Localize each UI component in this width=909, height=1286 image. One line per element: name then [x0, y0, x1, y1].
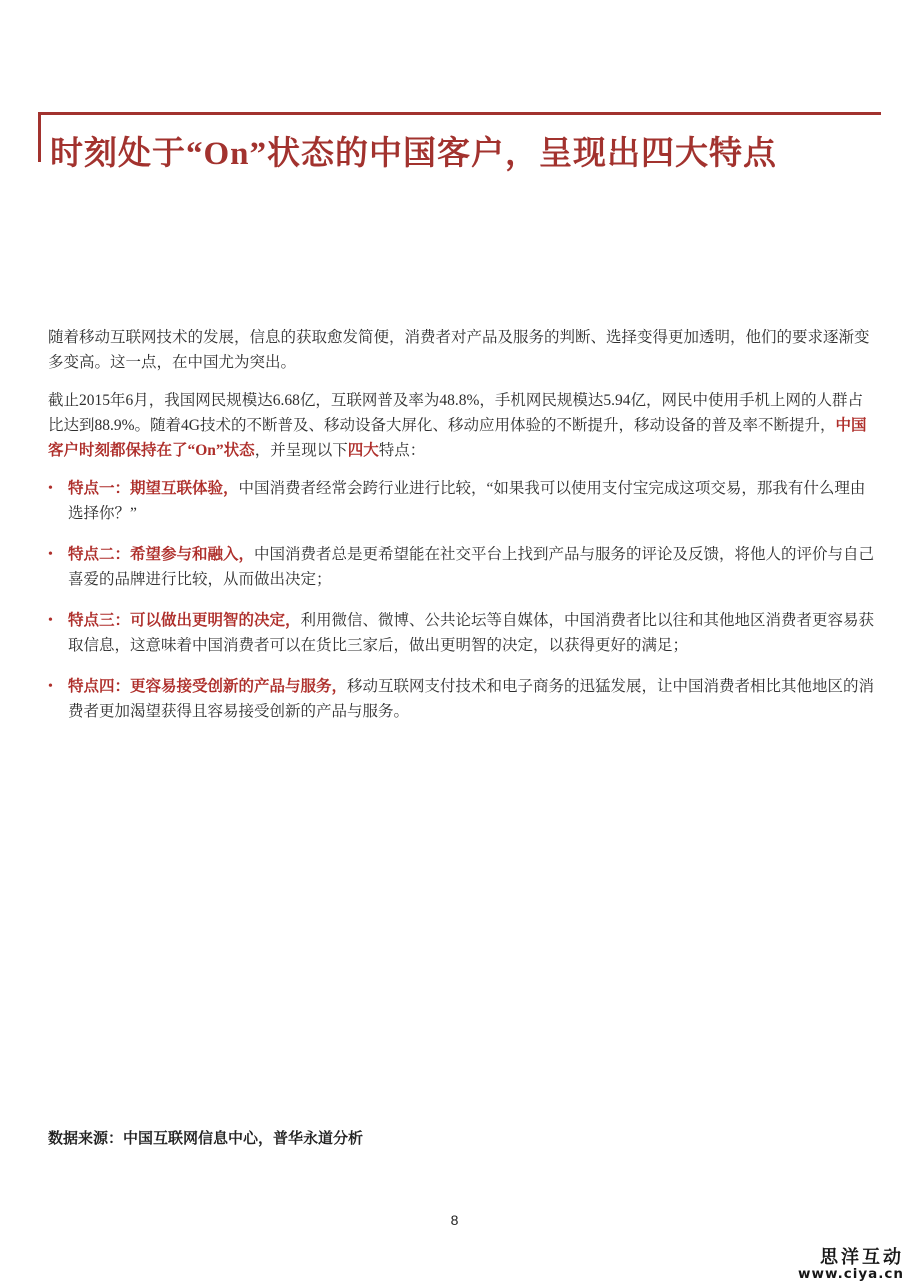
data-source-note: 数据来源：中国互联网信息中心，普华永道分析 [48, 1127, 878, 1148]
feature-2-lead: 特点二：希望参与和融入， [68, 546, 254, 563]
watermark-brand-text: 思洋互动 [798, 1249, 904, 1267]
bullet-icon: • [48, 476, 68, 501]
feature-1-lead: 特点一：期望互联体验， [68, 480, 239, 497]
watermark: 思洋互动 www.ciya.cn [798, 1249, 904, 1282]
feature-3-lead: 特点三：可以做出更明智的决定， [68, 612, 301, 629]
bullet-icon: • [48, 608, 68, 633]
bullet-icon: • [48, 542, 68, 567]
paragraph-intro: 随着移动互联网技术的发展，信息的获取愈发简便，消费者对产品及服务的判断、选择变得… [48, 325, 878, 375]
feature-3-body: 特点三：可以做出更明智的决定，利用微信、微博、公共论坛等自媒体，中国消费者比以往… [68, 608, 878, 658]
body-content: 随着移动互联网技术的发展，信息的获取愈发简便，消费者对产品及服务的判断、选择变得… [48, 325, 878, 740]
watermark-url-text: www.ciya.cn [798, 1267, 904, 1282]
feature-4-body: 特点四：更容易接受创新的产品与服务，移动互联网支付技术和电子商务的迅猛发展，让中… [68, 674, 878, 724]
stats-text-2: ，并呈现以下 [255, 442, 348, 459]
title-top-rule [38, 112, 881, 115]
feature-list: • 特点一：期望互联体验，中国消费者经常会跨行业进行比较，“如果我可以使用支付宝… [48, 476, 878, 724]
stats-text-3: 特点： [379, 442, 426, 459]
bullet-icon: • [48, 674, 68, 699]
list-item-feature-3: • 特点三：可以做出更明智的决定，利用微信、微博、公共论坛等自媒体，中国消费者比… [48, 608, 878, 658]
paragraph-stats: 截止2015年6月，我国网民规模达6.68亿，互联网普及率为48.8%，手机网民… [48, 388, 878, 463]
list-item-feature-4: • 特点四：更容易接受创新的产品与服务，移动互联网支付技术和电子商务的迅猛发展，… [48, 674, 878, 724]
list-item-feature-2: • 特点二：希望参与和融入，中国消费者总是更希望能在社交平台上找到产品与服务的评… [48, 542, 878, 592]
stats-text: 截止2015年6月，我国网民规模达6.68亿，互联网普及率为48.8%，手机网民… [48, 392, 863, 434]
page-number: 8 [0, 1212, 909, 1228]
feature-2-body: 特点二：希望参与和融入，中国消费者总是更希望能在社交平台上找到产品与服务的评论及… [68, 542, 878, 592]
stats-emphasis-four: 四大 [348, 442, 379, 459]
feature-4-lead: 特点四：更容易接受创新的产品与服务， [68, 678, 347, 695]
report-page: { "colors": { "accent_red": "#A2322E", "… [0, 0, 909, 1286]
feature-1-body: 特点一：期望互联体验，中国消费者经常会跨行业进行比较，“如果我可以使用支付宝完成… [68, 476, 878, 526]
page-title: 时刻处于“On”状态的中国客户，呈现出四大特点 [50, 127, 881, 174]
list-item-feature-1: • 特点一：期望互联体验，中国消费者经常会跨行业进行比较，“如果我可以使用支付宝… [48, 476, 878, 526]
title-corner-tick [38, 112, 41, 162]
